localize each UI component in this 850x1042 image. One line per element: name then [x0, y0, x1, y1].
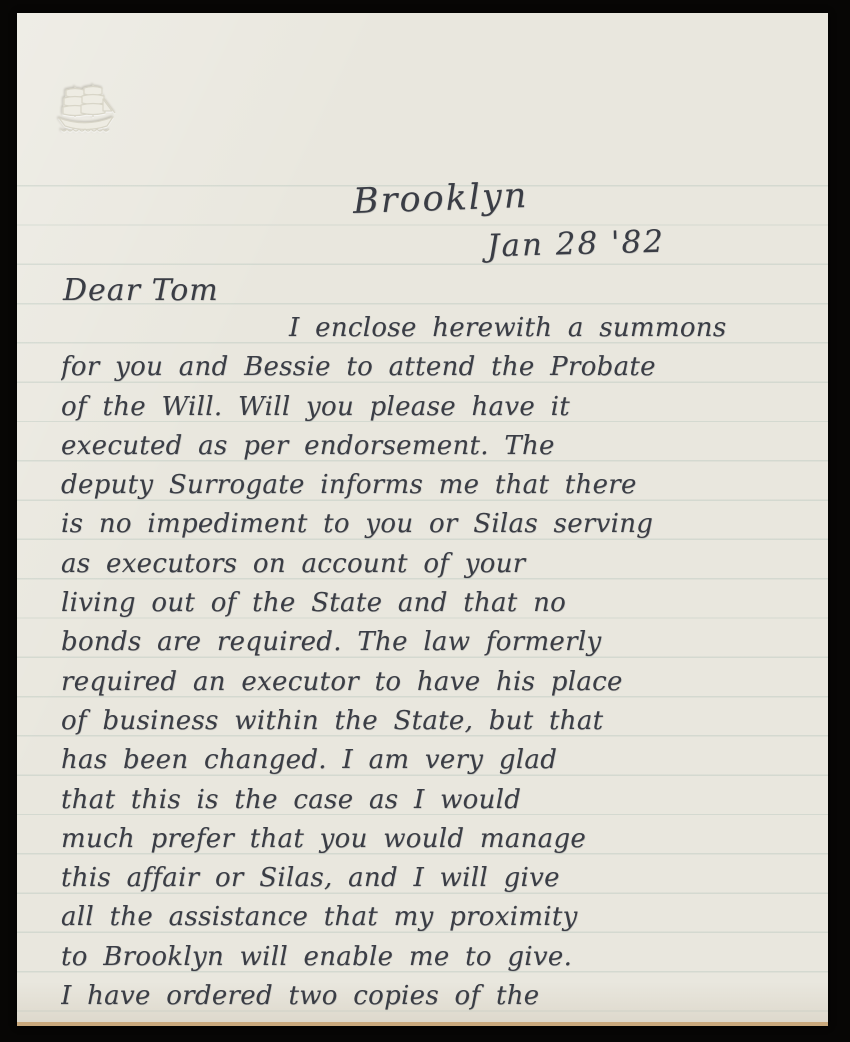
letter-line: for you and Bessie to attend the Probate: [61, 348, 822, 387]
letter-line: this affair or Silas, and I will give: [61, 859, 822, 898]
letter-line: executed as per endorsement. The: [61, 427, 822, 466]
letter-line: bonds are required. The law formerly: [61, 623, 822, 662]
letter-line: I enclose herewith a summons: [61, 309, 822, 348]
letter-line: all the assistance that my proximity: [61, 898, 822, 937]
letter-line: of the Will. Will you please have it: [61, 388, 822, 427]
ship-embossed-seal-icon: [53, 79, 119, 141]
letter-line: is no impediment to you or Silas serving: [61, 505, 822, 544]
letter-place: Brooklyn: [352, 176, 529, 222]
letter-line: I have ordered two copies of the: [61, 977, 822, 1016]
letter-line: of business within the State, but that: [61, 702, 822, 741]
letter-line: required an executor to have his place: [61, 663, 822, 702]
letter-line: as executors on account of your: [61, 545, 822, 584]
letter-body: I enclose herewith a summons for you and…: [61, 309, 822, 1016]
letter-line: much prefer that you would manage: [61, 820, 822, 859]
letter-salutation: Dear Tom: [63, 273, 219, 308]
letter-page: Brooklyn Jan 28 '82 Dear Tom I enclose h…: [17, 13, 828, 1026]
letter-line: deputy Surrogate informs me that there: [61, 466, 822, 505]
letter-line: to Brooklyn will enable me to give.: [61, 938, 822, 977]
letter-date: Jan 28 '82: [487, 224, 666, 265]
scanned-letter-photo: Brooklyn Jan 28 '82 Dear Tom I enclose h…: [0, 0, 850, 1042]
letter-line: that this is the case as I would: [61, 781, 822, 820]
letter-line: has been changed. I am very glad: [61, 741, 822, 780]
letter-line: living out of the State and that no: [61, 584, 822, 623]
